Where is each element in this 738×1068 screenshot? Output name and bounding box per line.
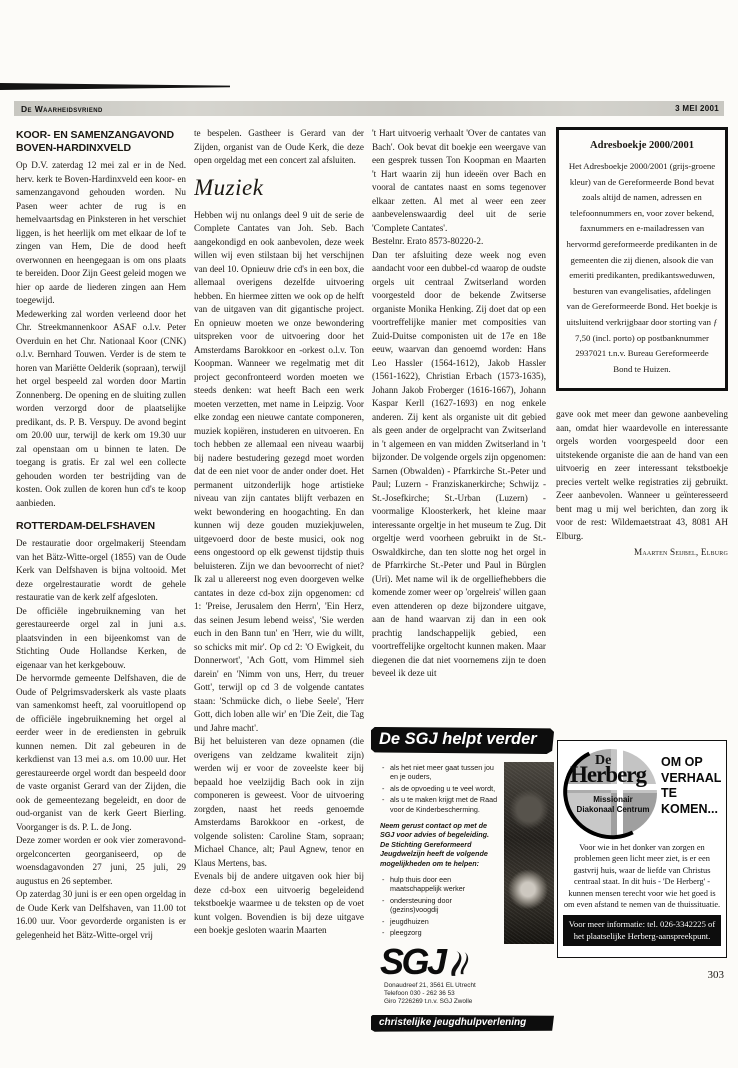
sgj-address: Donaudreef 21, 3561 EL UtrechtTelefoon 0… <box>384 982 498 1007</box>
sgj-logo: SGJ <box>380 946 445 978</box>
paragraph: De restauratie door orgelmakerij Steenda… <box>16 537 186 605</box>
sgj-logo-row: SGJ <box>380 946 498 978</box>
list-item: ondersteuning door (gezins)voogdij <box>380 896 498 915</box>
article-heading-rotterdam: ROTTERDAM-DELFSHAVEN <box>16 520 186 533</box>
issue-date: 3 MEI 2001 <box>675 104 719 113</box>
herberg-logo: De Herberg Missionair Diakonaal Centrum <box>563 747 659 839</box>
column-3: 't Hart uitvoerig verhaalt 'Over de cant… <box>372 127 546 725</box>
address-line: Telefoon 030 - 262 36 53 <box>384 990 498 998</box>
herberg-logo-subtitle: Missionair Diakonaal Centrum <box>576 795 650 814</box>
list-item: pleegzorg <box>380 928 498 937</box>
herberg-advertisement: De Herberg Missionair Diakonaal Centrum … <box>557 740 727 958</box>
author-byline: Maarten Seijbel, Elburg <box>556 546 728 560</box>
sgj-ad-footer: christelijke jeugdhulpverlening <box>371 1015 554 1032</box>
adresboekje-body: Het Adresboekje 2000/2001 (grijs-groene … <box>566 159 718 377</box>
address-line: Giro 7226269 t.n.v. SGJ Zwolle <box>384 998 498 1006</box>
column-2: te bespelen. Gastheer is Gerard van der … <box>194 127 364 987</box>
section-heading-muziek: Muziek <box>194 175 364 201</box>
herberg-logo-name: Herberg <box>570 762 646 788</box>
adresboekje-box: Adresboekje 2000/2001 Het Adresboekje 20… <box>556 127 728 391</box>
paragraph: De hervormde gemeente Delfshaven, die de… <box>16 672 186 834</box>
sgj-contact-text: Neem gerust contact op met de SGJ voor a… <box>380 821 498 868</box>
paragraph: Medewerking zal worden verleend door het… <box>16 308 186 511</box>
list-item: als de opvoeding u te veel wordt, <box>380 784 498 793</box>
article-heading-koor: KOOR- EN SAMENZANGAVOND BOVEN-HARDINXVEL… <box>16 129 186 155</box>
publication-title: De Waarheidsvriend <box>21 104 103 114</box>
list-item: als u te maken krijgt met de Raad voor d… <box>380 795 498 814</box>
article-continuation: te bespelen. Gastheer is Gerard van der … <box>194 127 364 168</box>
paragraph: Dan ter afsluiting deze week nog even aa… <box>372 249 546 681</box>
herberg-headline: OM OP VERHAAL TE KOMEN... <box>661 755 721 817</box>
paragraph: Deze zomer worden er ook vier zomeravond… <box>16 834 186 888</box>
herberg-info-box: Voor meer informatie: tel. 026-3342225 o… <box>563 915 721 945</box>
list-item: hulp thuis door een maatschappelijk werk… <box>380 875 498 894</box>
paragraph: Bij het beluisteren van deze opnamen (di… <box>194 735 364 870</box>
sgj-ad-title: De SGJ helpt verder <box>371 727 554 754</box>
sgj-ad-body: als het niet meer gaat tussen jou en je … <box>371 754 554 1015</box>
sgj-advertisement: De SGJ helpt verder als het niet meer ga… <box>371 727 554 1032</box>
paragraph: 't Hart uitvoerig verhaalt 'Over de cant… <box>372 127 546 235</box>
paragraph: Evenals bij de andere uitgaven ook hier … <box>194 870 364 938</box>
paragraph: gave ook met meer dan gewone aanbeveling… <box>556 408 728 543</box>
sgj-help-list: hulp thuis door een maatschappelijk werk… <box>380 875 498 937</box>
sgj-child-photo <box>504 762 554 944</box>
address-line: Donaudreef 21, 3561 EL Utrecht <box>384 982 498 990</box>
paragraph: Bestelnr. Erato 8573-80220-2. <box>372 235 546 249</box>
column-1: KOOR- EN SAMENZANGAVOND BOVEN-HARDINXVEL… <box>16 127 186 977</box>
herberg-ad-header: De Herberg Missionair Diakonaal Centrum … <box>563 747 721 841</box>
herberg-body-text: Voor wie in het donker van zorgen en pro… <box>563 842 721 910</box>
paragraph: te bespelen. Gastheer is Gerard van der … <box>194 127 364 168</box>
paragraph: De officiële ingebruikneming van het ger… <box>16 605 186 673</box>
sgj-flame-icon <box>448 950 470 978</box>
list-item: als het niet meer gaat tussen jou en je … <box>380 763 498 782</box>
top-rule <box>0 83 230 90</box>
page-number: 303 <box>686 969 724 981</box>
masthead: De Waarheidsvriend 3 MEI 2001 <box>14 101 724 116</box>
paragraph: Op zaterdag 30 juni is er een open orgel… <box>16 888 186 942</box>
herberg-logo-ring <box>551 734 671 851</box>
paragraph: Hebben wij nu onlangs deel 9 uit de seri… <box>194 209 364 736</box>
paragraph: Op D.V. zaterdag 12 mei zal er in de Ned… <box>16 159 186 308</box>
article-body-rotterdam: De restauratie door orgelmakerij Steenda… <box>16 537 186 942</box>
muziek-body-continuation: 't Hart uitvoerig verhaalt 'Over de cant… <box>372 127 546 681</box>
article-body-koor: Op D.V. zaterdag 12 mei zal er in de Ned… <box>16 159 186 510</box>
muziek-body: Hebben wij nu onlangs deel 9 uit de seri… <box>194 209 364 938</box>
list-item: jeugdhuizen <box>380 917 498 926</box>
muziek-body-end: gave ook met meer dan gewone aanbeveling… <box>556 408 728 543</box>
sgj-problem-list: als het niet meer gaat tussen jou en je … <box>380 763 498 814</box>
adresboekje-title: Adresboekje 2000/2001 <box>566 139 718 152</box>
newspaper-page: De Waarheidsvriend 3 MEI 2001 KOOR- EN S… <box>0 0 738 1068</box>
column-4: Adresboekje 2000/2001 Het Adresboekje 20… <box>556 127 728 560</box>
